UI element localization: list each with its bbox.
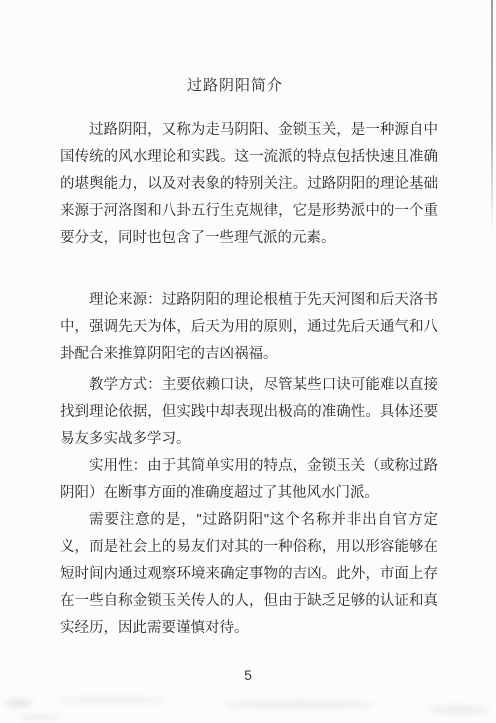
paragraph-intro: 过路阴阳，又称为走马阴阳、金锁玉关，是一种源自中国传统的风水理论和实践。这一流派… xyxy=(60,117,438,252)
paragraph-teaching-method: 教学方式：主要依赖口诀，尽管某些口诀可能难以直接找到理论依据，但实践中却表现出极… xyxy=(60,372,438,453)
paragraph-caution-note: 需要注意的是，"过路阴阳"这个名称并非出自官方定义，而是社会上的易友们对其的一种… xyxy=(60,507,438,642)
scan-smudge-artifact xyxy=(428,706,490,714)
page-number: 5 xyxy=(0,667,496,683)
paragraph-theory-origin: 理论来源：过路阴阳的理论根植于先天河图和后天洛书中，强调先天为体，后天为用的原则… xyxy=(60,287,438,368)
document-body: 过路阴阳，又称为走马阴阳、金锁玉关，是一种源自中国传统的风水理论和实践。这一流派… xyxy=(60,117,438,642)
scan-smudge-artifact xyxy=(6,699,32,707)
paragraph-practicality: 实用性：由于其简单实用的特点，金锁玉关（或称过路阴阳）在断事方面的准确度超过了其… xyxy=(60,453,438,507)
scan-edge-artifact xyxy=(491,0,493,235)
scan-smudge-artifact xyxy=(18,714,60,720)
scan-smudge-artifact xyxy=(224,701,374,708)
page-title: 过路阴阳简介 xyxy=(187,74,283,95)
scan-smudge-artifact xyxy=(58,697,170,704)
scanned-document-page: 过路阴阳简介 过路阴阳，又称为走马阴阳、金锁玉关，是一种源自中国传统的风水理论和… xyxy=(0,0,496,723)
